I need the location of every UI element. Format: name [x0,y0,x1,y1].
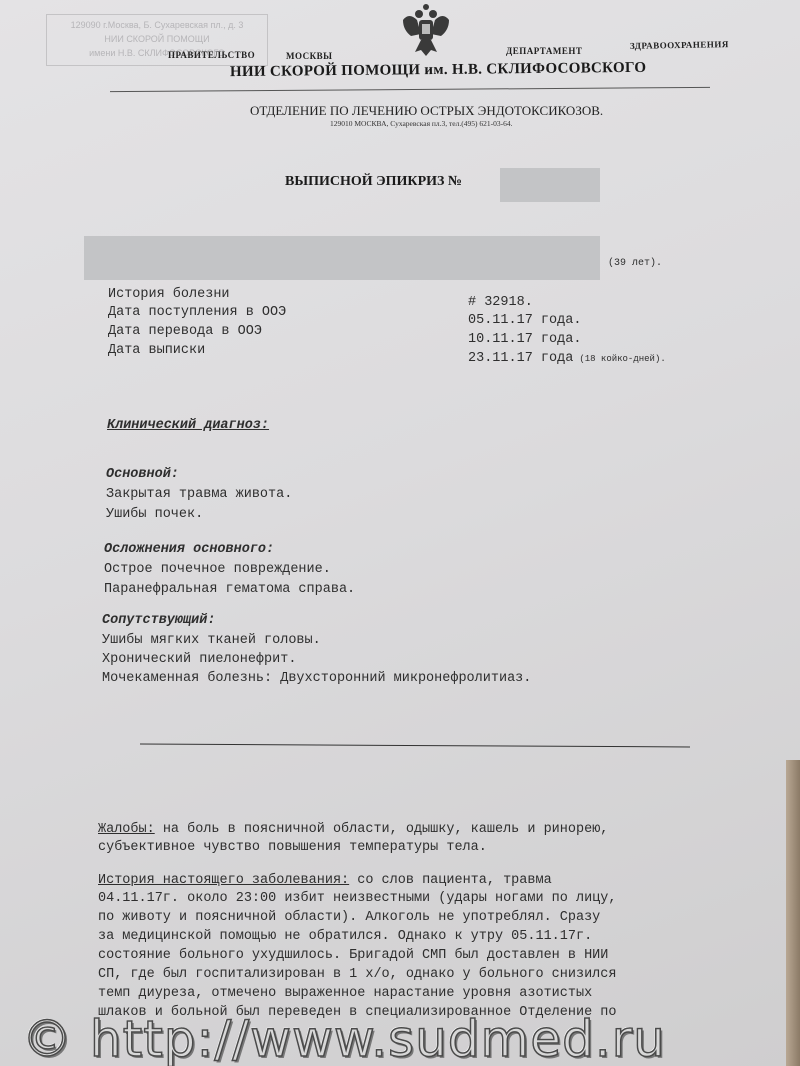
document-title: ВЫПИСНОЙ ЭПИКРИЗ № [285,174,462,190]
background-fabric [786,760,800,1066]
history-line: по животу и поясничной области). Алкогол… [98,910,600,925]
diagnosis-line: Ушибы почек. [106,507,203,522]
diagnosis-line: Хронический пиелонефрит. [102,652,296,667]
header-divider [110,87,710,92]
diagnosis-line: Закрытая травма живота. [106,487,292,502]
history-line: за медицинской помощью не обратился. Одн… [98,929,592,944]
coat-of-arms-icon [397,2,455,60]
info-value: 10.11.17 года. [468,332,581,347]
diagnosis-line: Паранефральная гематома справа. [104,582,355,597]
history-line: темп диуреза, отмечено выраженное нараст… [98,986,592,1001]
header-government: ПРАВИТЕЛЬСТВО [168,50,255,60]
header-moscow: МОСКВЫ [286,51,332,61]
patient-age: (39 лет). [608,258,662,269]
history-line: 04.11.17г. около 23:00 избит неизвестным… [98,891,616,906]
clinical-diagnosis-heading: Клинический диагноз: [107,418,269,433]
history-line: СП, где был госпитализирован в 1 х/о, од… [98,967,616,982]
header-department: ДЕПАРТАМЕНТ [506,46,582,56]
complaints-line: субъективное чувство повышения температу… [98,840,487,855]
history-line: состояние больного ухудшилось. Бригадой … [98,948,608,963]
info-note: (18 койко-дней). [579,354,665,364]
diagnosis-line: Острое почечное повреждение. [104,562,331,577]
redacted-patient-name [84,236,600,280]
header-healthcare: ЗДРАВООХРАНЕНИЯ [630,39,729,51]
complaints-line: Жалобы: на боль в поясничной области, од… [98,822,608,837]
diagnosis-line: Ушибы мягких тканей головы. [102,633,321,648]
diagnosis-subheading: Осложнения основного: [104,542,274,557]
info-label: История болезни [108,287,230,302]
department-address: 129010 МОСКВА, Сухаревская пл.3, тел.(49… [330,119,512,128]
stamp-line: НИИ СКОРОЙ ПОМОЩИ [47,32,267,46]
watermark: © http://www.sudmed.ru [22,1010,666,1066]
diagnosis-subheading: Сопутствующий: [102,613,215,628]
info-label: Дата поступления в ООЭ [108,305,286,320]
institute-name: НИИ СКОРОЙ ПОМОЩИ им. Н.В. СКЛИФОСОВСКОГ… [230,60,647,81]
redacted-document-number [500,168,600,202]
history-label: История настоящего заболевания: [98,873,349,888]
info-value-text: # 32918. [468,295,533,310]
info-label: Дата выписки [108,343,205,358]
diagnosis-subheading: Основной: [106,467,179,482]
history-line: История настоящего заболевания: со слов … [98,873,552,888]
stamp-line: 129090 г.Москва, Б. Сухаревская пл., д. … [47,18,267,32]
info-value: # 32918. [468,295,533,310]
diagnosis-line: Мочекаменная болезнь: Двухсторонний микр… [102,671,531,686]
history-text: со слов пациента, травма [349,873,552,888]
section-divider [140,744,690,748]
complaints-text: на боль в поясничной области, одышку, ка… [155,822,609,837]
info-value-text: 23.11.17 года [468,351,573,366]
info-value: 05.11.17 года. [468,313,581,328]
info-value-text: 10.11.17 года. [468,332,581,347]
info-value: 23.11.17 года(18 койко-дней). [468,351,666,366]
complaints-label: Жалобы: [98,822,155,837]
department-name: ОТДЕЛЕНИЕ ПО ЛЕЧЕНИЮ ОСТРЫХ ЭНДОТОКСИКОЗ… [250,103,603,119]
info-label: Дата перевода в ООЭ [108,324,262,339]
info-value-text: 05.11.17 года. [468,313,581,328]
